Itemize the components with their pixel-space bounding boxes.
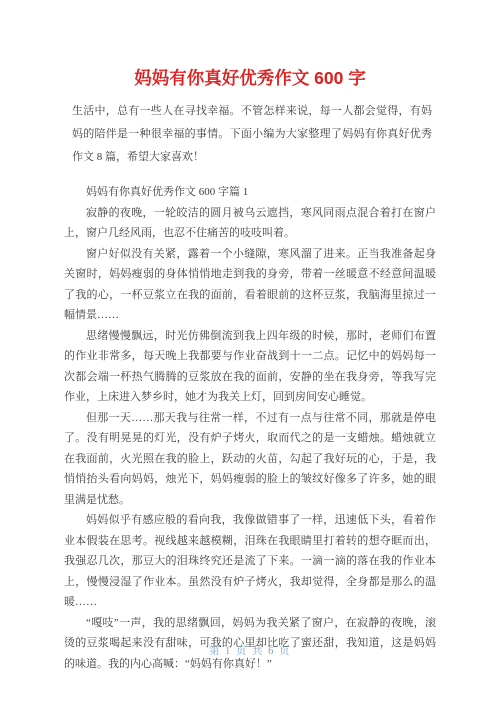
body-paragraph: 思绪慢慢飘远，时光仿佛倒流到我上四年级的时候，那时，老师们布置的作业非常多，每天…	[64, 326, 436, 408]
body-paragraph: 窗户好似没有关紧，露着一个小缝隙，寒风溜了进来。正当我准备起身关窗时，妈妈瘦弱的…	[64, 244, 436, 326]
body-paragraph: 妈妈似乎有感应般的看向我，我像做错事了一样，迅速低下头，看着作业本假装在思考。视…	[64, 510, 436, 613]
page-footer: 第 1 页 共 6 页	[0, 641, 500, 659]
intro-paragraph: 生活中，总有一些人在寻找幸福。不管怎样来说，每一人都会觉得，有妈妈的陪伴是一种很…	[72, 100, 432, 169]
body-paragraph: 寂静的夜晚，一轮皎洁的圆月被乌云遮挡，寒风同雨点混合着打在窗户上，窗户几经风雨，…	[64, 203, 436, 244]
page-indicator: 第 1 页 共 6 页	[209, 646, 291, 657]
body-paragraph: 但那一天……那天我与往常一样，不过有一点与往常不同，那就是停电了。没有明晃晃的灯…	[64, 408, 436, 511]
page-title: 妈妈有你真好优秀作文 600 字	[0, 0, 500, 90]
document-page: 妈妈有你真好优秀作文 600 字 生活中，总有一些人在寻找幸福。不管怎样来说，每…	[0, 0, 500, 707]
section-heading: 妈妈有你真好优秀作文 600 字篇 1	[64, 182, 436, 203]
